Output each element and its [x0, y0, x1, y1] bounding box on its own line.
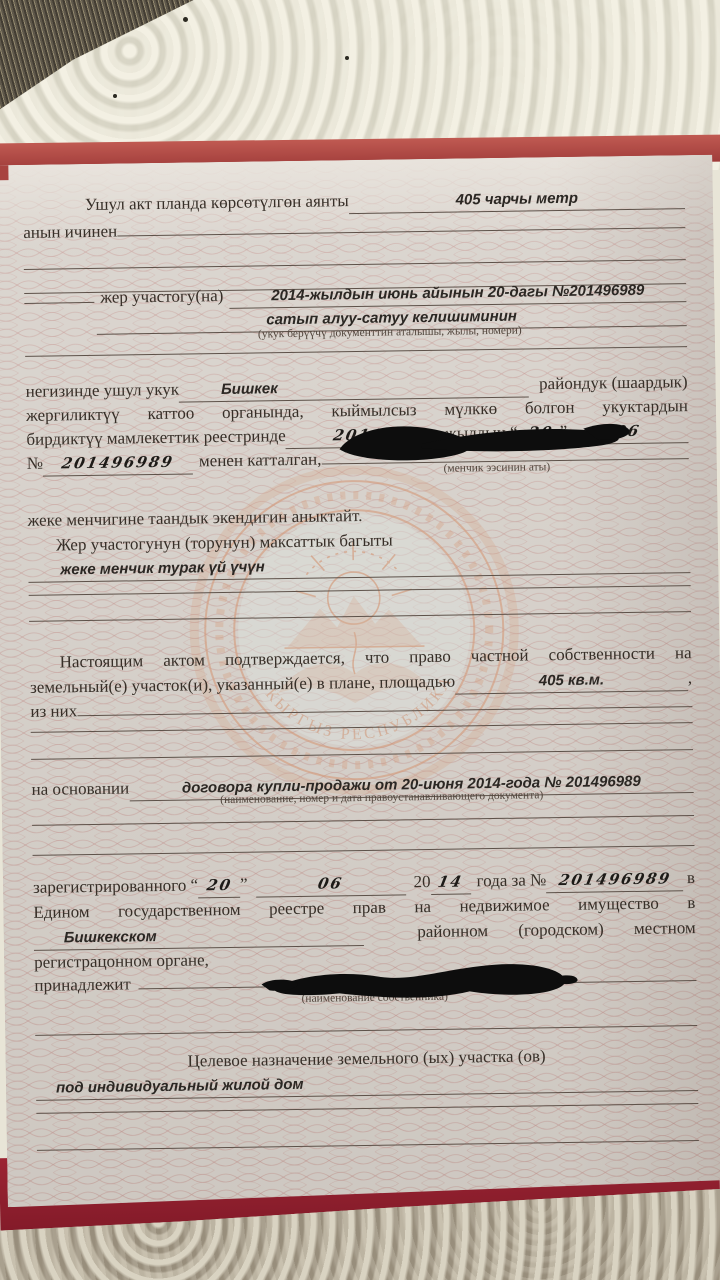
carpet-speck: [183, 17, 188, 22]
ru-district-rest: районном (городском) местном: [364, 916, 696, 944]
redaction-owner-name-ru: [259, 952, 580, 1007]
kg-parcel-label: жер участогу(на): [94, 284, 229, 309]
redaction-owner-name-kg: [331, 414, 637, 471]
carpet-speck: [345, 56, 349, 60]
kg-area-label: Ушул акт планда көрсөтүлгөн аянты: [85, 189, 349, 216]
kg-area-value: 405 чарчы метр: [349, 185, 685, 214]
ru-hand-regno: 201496989: [556, 867, 672, 892]
kg-basis-right: райондук (шаардык): [529, 370, 688, 395]
kg-regno-rest: менен катталган,: [193, 448, 322, 473]
ru-hand-day: 20: [204, 874, 233, 897]
carpet-speck: [113, 94, 117, 98]
kg-registry-label: бирдиктүү мамлекеттик реестринде: [26, 424, 286, 451]
ru-quote-close: ”: [240, 873, 248, 896]
ru-ofthem-label: из них: [30, 699, 77, 723]
ru-reg-tail: в: [683, 866, 695, 889]
kg-regno-label: №: [27, 452, 44, 475]
document-page: КЫРГЫЗ РЕСПУБЛИКАСЫ Ушул акт планда көрс…: [0, 155, 720, 1208]
ru-year-prefix: 20: [413, 870, 430, 893]
cover-notch: [0, 165, 9, 180]
ru-reg-mid: года за №: [476, 868, 546, 892]
kg-within-label: анын ичинен: [23, 220, 117, 244]
ru-hand-month: 06: [316, 872, 345, 895]
ru-belongs-label: принадлежит: [34, 972, 131, 996]
ru-basis-label: на основании: [31, 776, 129, 800]
ru-reg-label: зарегистрированного “: [33, 873, 198, 898]
ru-hand-year: 14: [436, 870, 465, 893]
kg-basis-label: негизинде ушул укук: [25, 378, 179, 403]
kg-hand-regno: 201496989: [60, 451, 176, 476]
ru-area-comma: ,: [688, 666, 693, 689]
